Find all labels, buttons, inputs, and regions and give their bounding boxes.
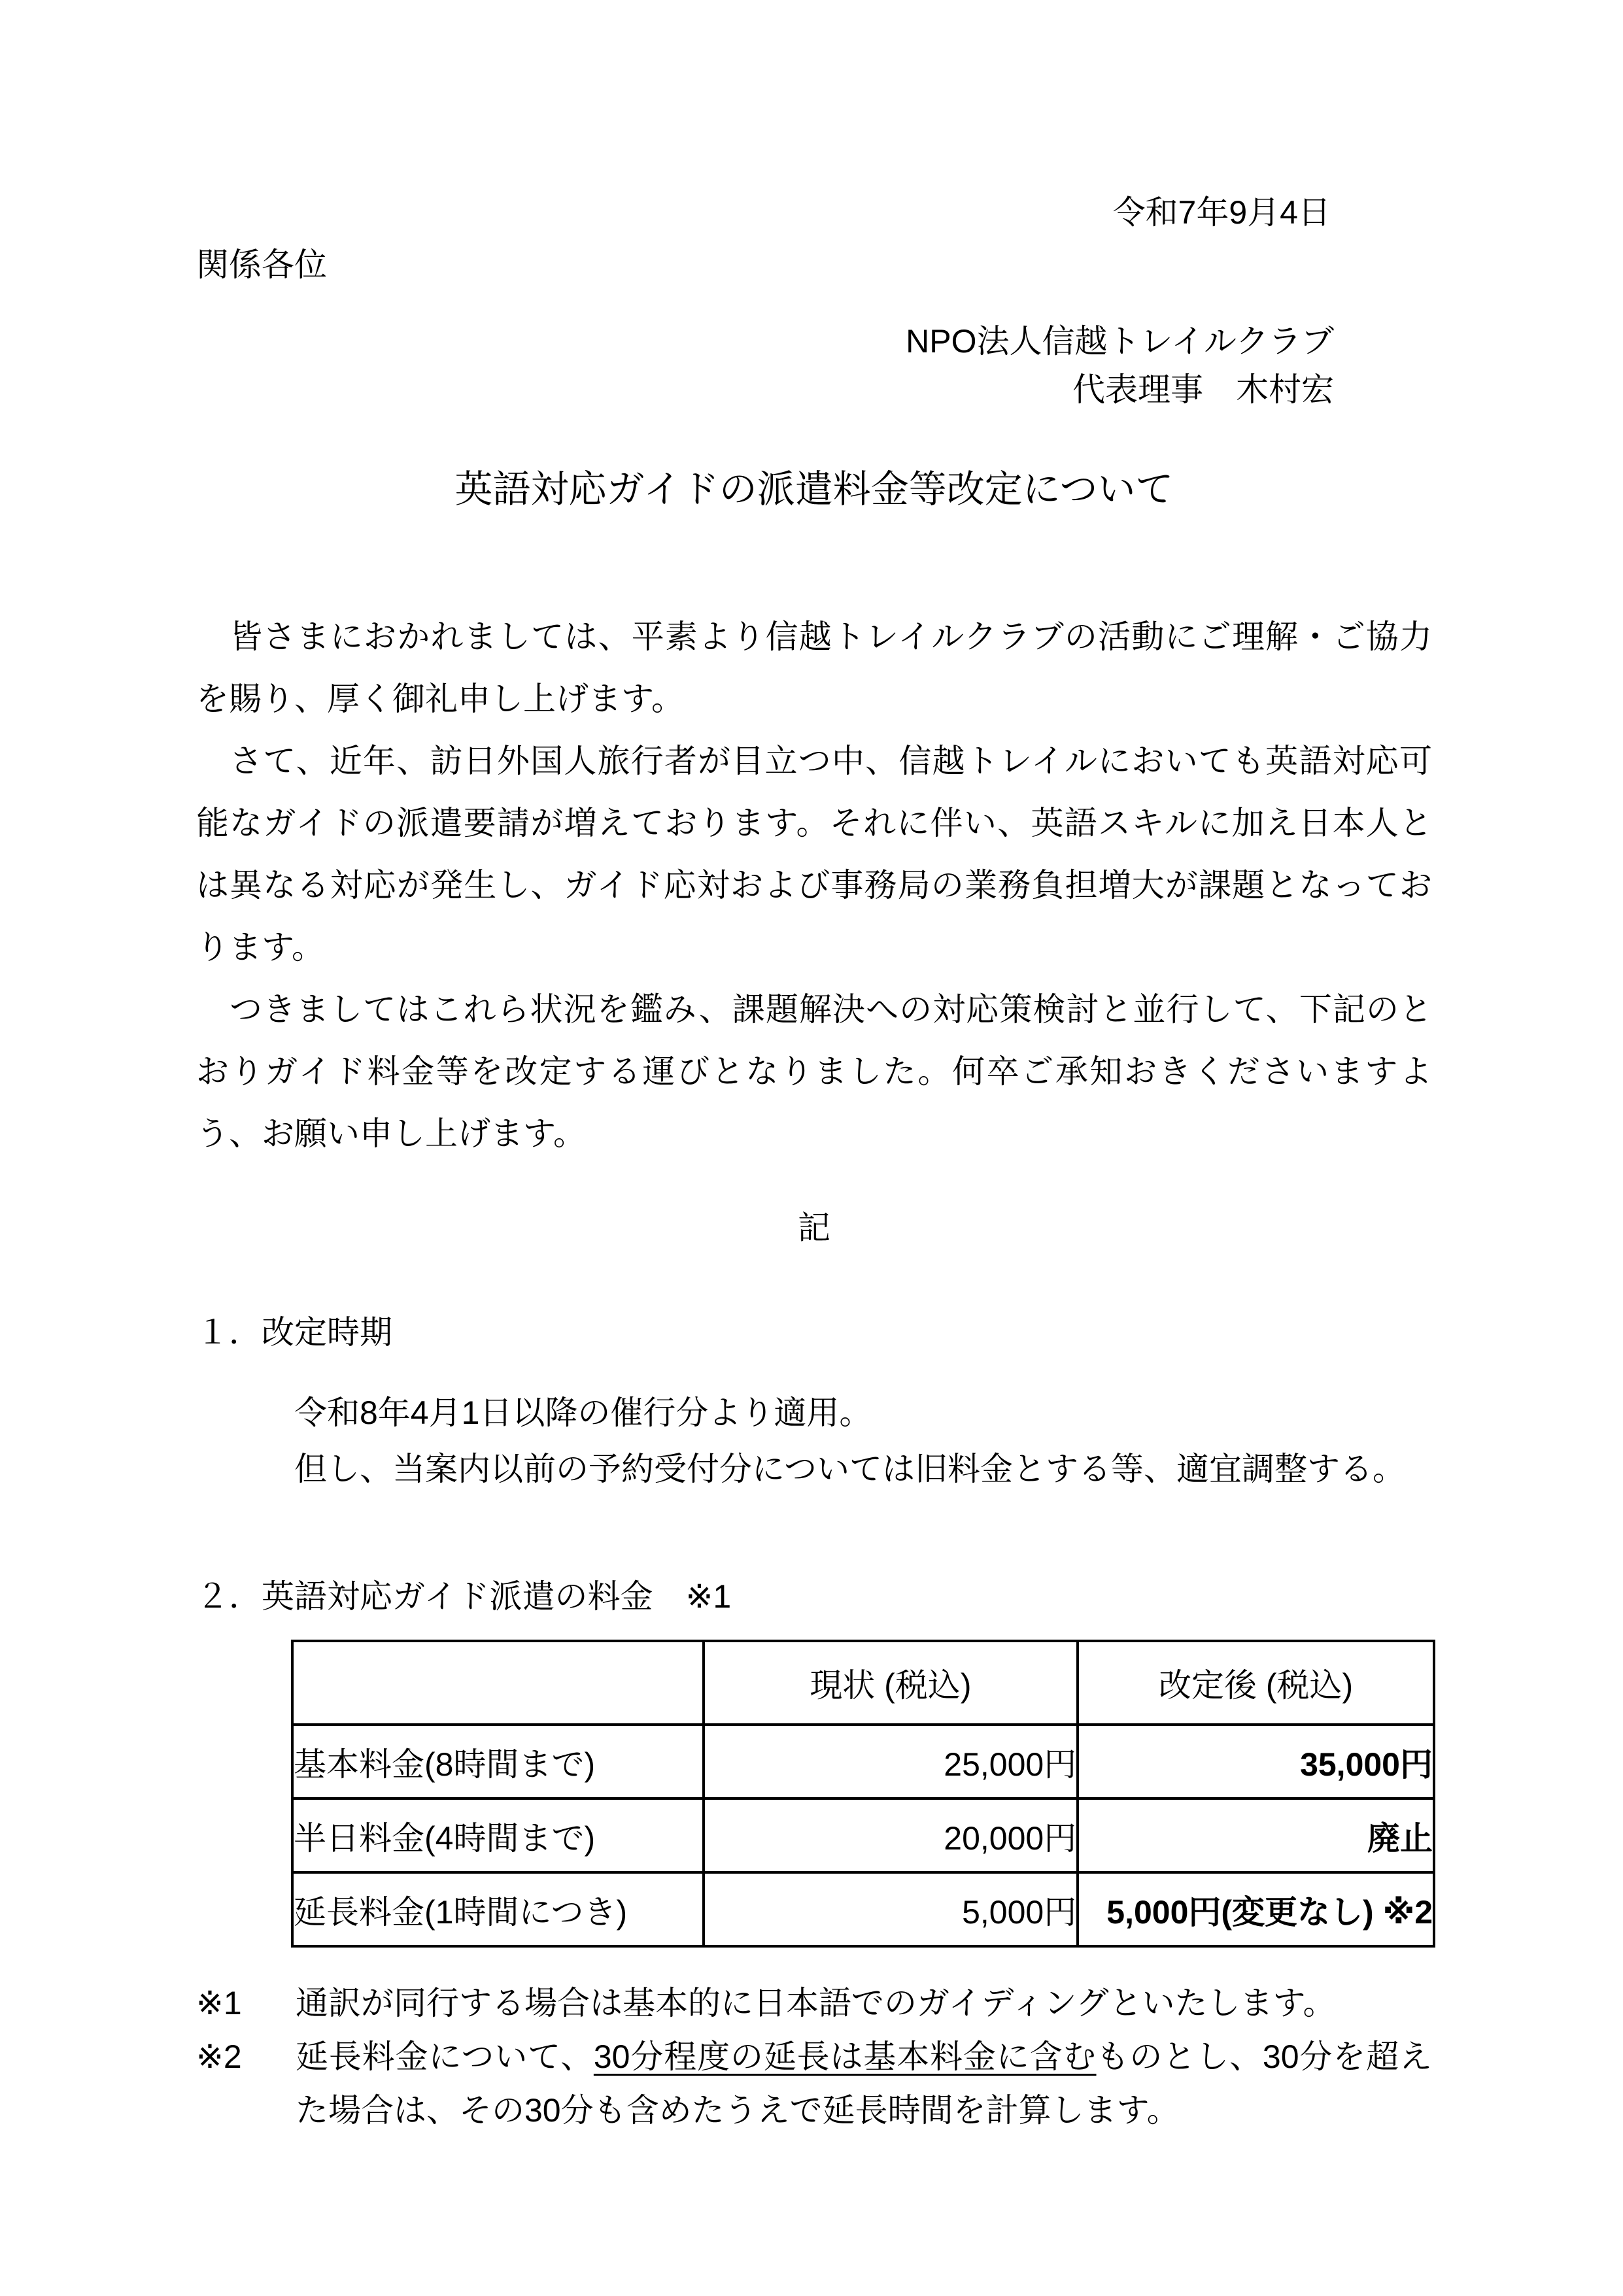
sender-block: NPO法人信越トレイルクラブ 代表理事 木村宏 [196, 317, 1432, 414]
notes-block: ※1 通訳が同行する場合は基本的に日本語でのガイディングといたします。 ※2 延… [196, 1976, 1432, 2137]
note-2-text-before: 延長料金について、 [296, 2038, 594, 2075]
fee-table-row-halfday: 半日料金(4時間まで) 20,000円 廃止 [292, 1798, 1434, 1872]
document-title: 英語対応ガイドの派遣料金等改定について [196, 464, 1432, 516]
fee-current-extension: 5,000円 [704, 1872, 1078, 1946]
note-2-marker: ※2 [196, 2030, 296, 2137]
section1-body: 令和8年4月1日以降の催行分より適用。 但し、当案内以前の予約受付分については旧… [196, 1385, 1432, 1497]
sender-representative: 代表理事 木村宏 [196, 365, 1334, 414]
fee-table: 現状 (税込) 改定後 (税込) 基本料金(8時間まで) 25,000円 35,… [291, 1640, 1435, 1948]
fee-current-basic: 25,000円 [704, 1725, 1078, 1798]
document-date: 令和7年9月4日 [196, 193, 1432, 232]
section1-heading: １．改定時期 [196, 1313, 1432, 1352]
recipient: 関係各位 [196, 245, 1432, 284]
fee-table-row-basic: 基本料金(8時間まで) 25,000円 35,000円 [292, 1725, 1434, 1798]
body-paragraphs: 皆さまにおかれましては、平素より信越トレイルクラブの活動にご理解・ご協力を賜り、… [196, 606, 1432, 1165]
paragraph-announcement: つきましてはこれら状況を鑑み、課題解決への対応策検討と並行して、下記のとおりガイ… [196, 979, 1432, 1165]
note-1: ※1 通訳が同行する場合は基本的に日本語でのガイディングといたします。 [196, 1976, 1432, 2030]
sender-organization: NPO法人信越トレイルクラブ [196, 317, 1334, 365]
fee-revised-extension: 5,000円(変更なし) ※2 [1078, 1872, 1434, 1946]
note-1-marker: ※1 [196, 1976, 296, 2030]
fee-label-basic: 基本料金(8時間まで) [292, 1725, 704, 1798]
fee-label-halfday: 半日料金(4時間まで) [292, 1798, 704, 1872]
note-1-text: 通訳が同行する場合は基本的に日本語でのガイディングといたします。 [296, 1976, 1432, 2030]
fee-revised-halfday: 廃止 [1078, 1798, 1434, 1872]
note-2-text: 延長料金について、30分程度の延長は基本料金に含むものとし、30分を超えた場合は… [296, 2030, 1432, 2137]
note-2-text-underlined: 30分程度の延長は基本料金に含む [594, 2038, 1097, 2075]
section1-line-exception: 但し、当案内以前の予約受付分については旧料金とする等、適宜調整する。 [294, 1441, 1432, 1497]
paragraph-greeting: 皆さまにおかれましては、平素より信越トレイルクラブの活動にご理解・ご協力を賜り、… [196, 606, 1432, 730]
fee-table-header-row: 現状 (税込) 改定後 (税込) [292, 1641, 1434, 1725]
fee-table-header-item [292, 1641, 704, 1725]
fee-label-extension: 延長料金(1時間につき) [292, 1872, 704, 1946]
section2-heading: ２．英語対応ガイド派遣の料金 ※1 [196, 1577, 1432, 1616]
document-page: 令和7年9月4日 関係各位 NPO法人信越トレイルクラブ 代表理事 木村宏 英語… [0, 0, 1623, 2296]
record-marker: 記 [196, 1208, 1432, 1247]
fee-table-header-current: 現状 (税込) [704, 1641, 1078, 1725]
note-2: ※2 延長料金について、30分程度の延長は基本料金に含むものとし、30分を超えた… [196, 2030, 1432, 2137]
fee-current-halfday: 20,000円 [704, 1798, 1078, 1872]
fee-table-header-revised: 改定後 (税込) [1078, 1641, 1434, 1725]
fee-table-row-extension: 延長料金(1時間につき) 5,000円 5,000円(変更なし) ※2 [292, 1872, 1434, 1946]
paragraph-background: さて、近年、訪日外国人旅行者が目立つ中、信越トレイルにおいても英語対応可能なガイ… [196, 730, 1432, 979]
fee-revised-basic: 35,000円 [1078, 1725, 1434, 1798]
section1-line-application: 令和8年4月1日以降の催行分より適用。 [294, 1385, 1432, 1441]
